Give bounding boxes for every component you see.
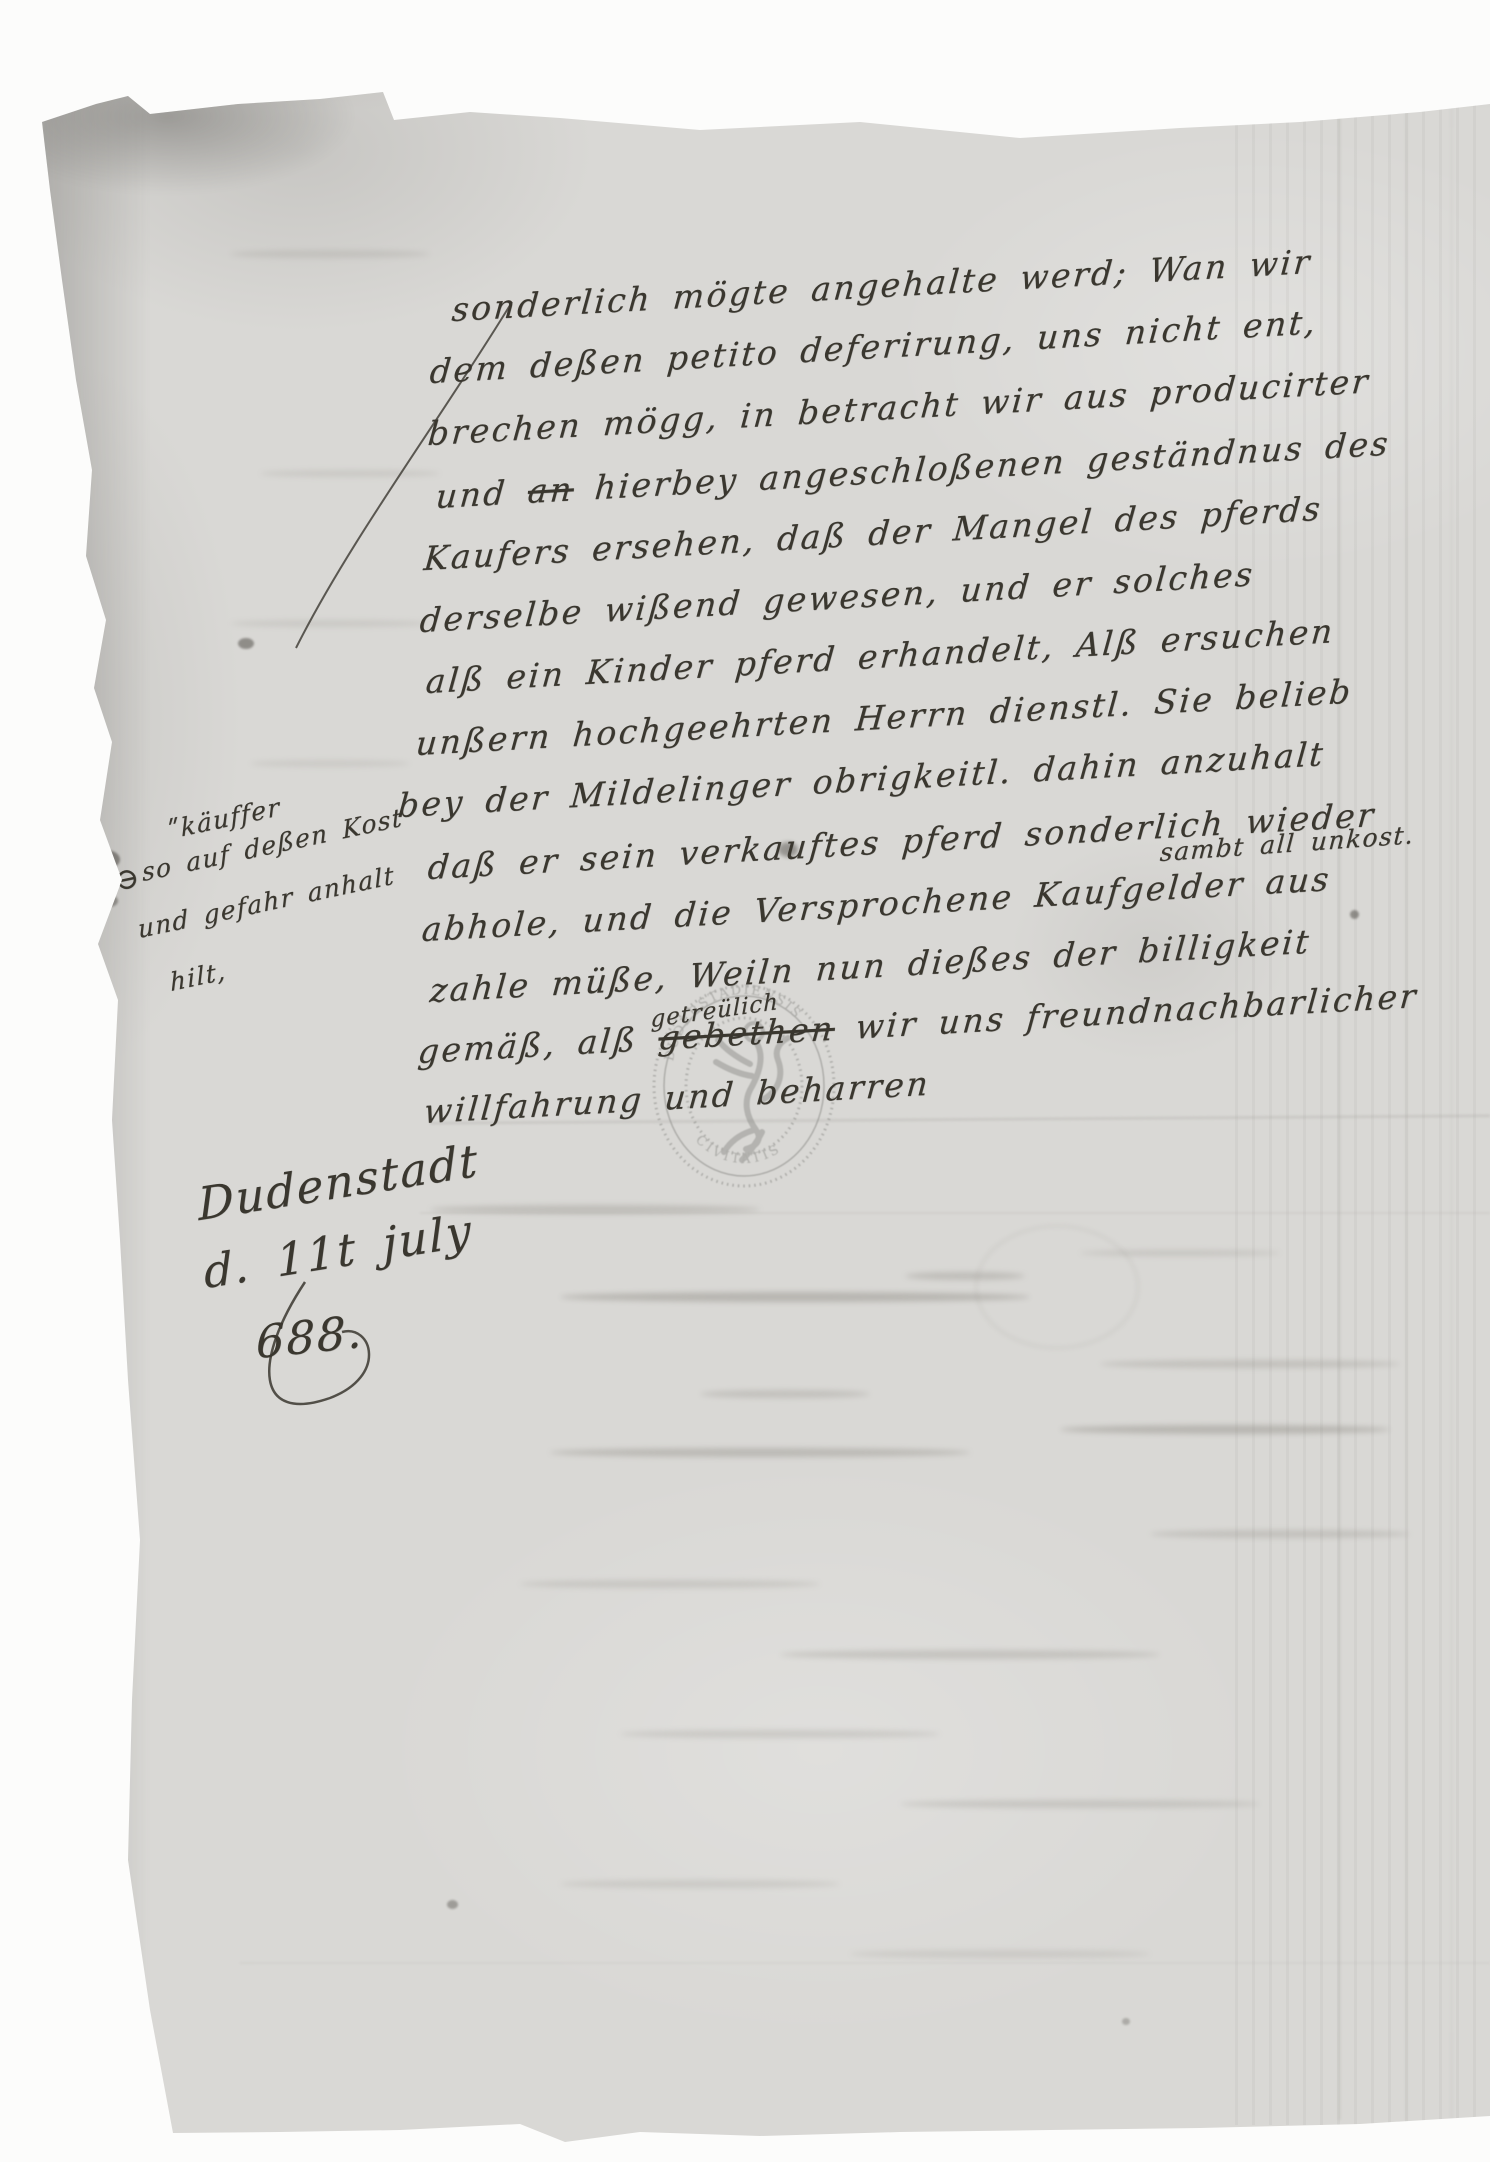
bleed-through-smudge <box>700 1390 870 1398</box>
dateline-year: 688. <box>256 1305 364 1370</box>
bleed-through-smudge <box>560 1880 840 1888</box>
bleed-through-smudge <box>430 1205 760 1214</box>
torn-edge-shading <box>40 90 150 2150</box>
bleed-through-smudge <box>850 1950 1150 1958</box>
struck-word: an <box>526 469 575 511</box>
vertical-crease <box>1450 60 1453 2120</box>
bleed-through-smudge <box>230 250 430 258</box>
margin-note-line: hilt, <box>169 956 227 997</box>
bleed-through-smudge <box>550 1448 970 1457</box>
horizontal-crease <box>240 1962 1490 1964</box>
scanned-document: DUDERSTADIENSIS CIVITATIS sonderlich mög… <box>0 0 1490 2162</box>
ink-blot <box>238 638 254 649</box>
torn-corner-shading <box>40 90 460 220</box>
bleed-through-smudge <box>1100 1360 1400 1368</box>
bleed-through-smudge <box>260 470 440 477</box>
bleed-through-smudge <box>1060 1425 1390 1434</box>
bleed-through-smudge <box>560 1292 1030 1302</box>
line-text: gemäß, alß <box>416 1018 660 1071</box>
ink-blot <box>1122 2018 1130 2025</box>
manuscript-page: DUDERSTADIENSIS CIVITATIS sonderlich mög… <box>0 0 1490 2162</box>
bleed-through-smudge <box>230 620 430 627</box>
seal-offset-ghost <box>975 1225 1139 1349</box>
bleed-through-smudge <box>780 1650 1160 1659</box>
ink-blot <box>447 1900 458 1909</box>
edge-tear-mark <box>100 895 118 907</box>
vertical-crease <box>1405 60 1408 2120</box>
bleed-through-smudge <box>620 1730 940 1738</box>
bleed-through-smudge <box>250 760 410 767</box>
edge-tear-mark <box>92 850 120 869</box>
bleed-through-smudge <box>900 1800 1260 1808</box>
line-text: und <box>434 472 529 516</box>
bleed-through-smudge <box>1150 1530 1410 1538</box>
bleed-through-smudge <box>520 1580 820 1588</box>
ink-blot <box>1350 910 1359 919</box>
